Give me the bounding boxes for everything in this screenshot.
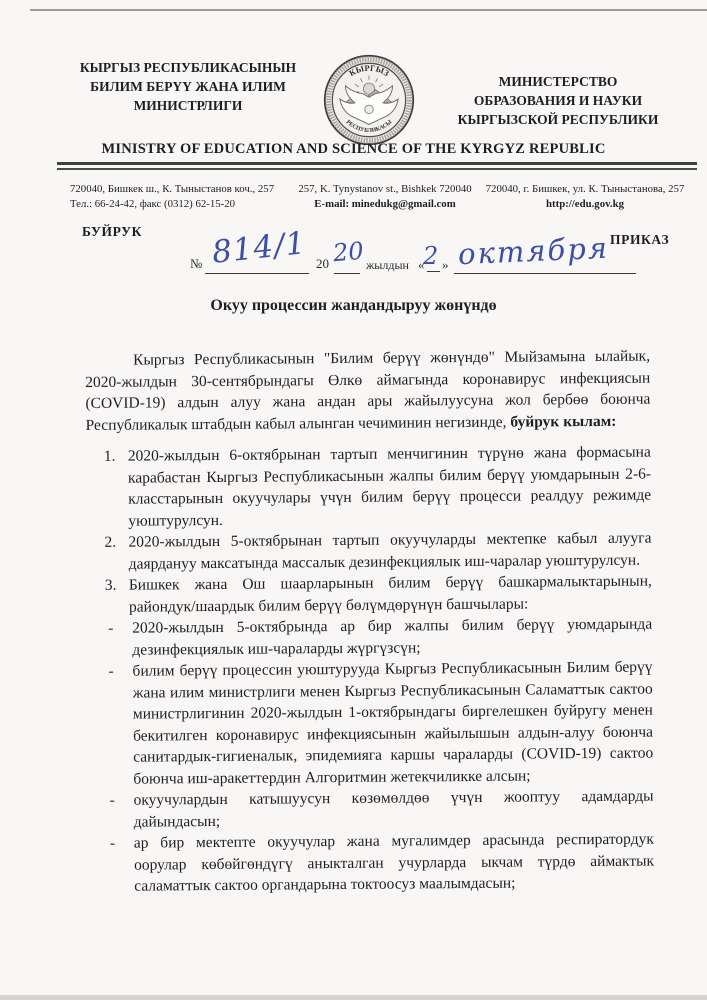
subitem-text: 2020-жылдын 5-октябрында ар бир жалпы би… (132, 614, 652, 661)
org-name-russian-line3: КЫРГЫЗСКОЙ РЕСПУБЛИКИ (422, 110, 694, 129)
item-number: 1. (104, 446, 129, 532)
org-name-kyrgyz-line3: МИНИСТРЛИГИ (60, 96, 316, 115)
contact-email: E-mail: minedukg@gmail.com (292, 197, 478, 212)
contact-address-russian: 720040, г. Бишкек, ул. К. Тыныстанова, 2… (478, 182, 692, 212)
handwritten-month: октября (457, 231, 609, 272)
contact-address-ky-line1: 720040, Бишкек ш., К. Тыныстанов коч., 2… (70, 182, 320, 197)
subitem-text: билим берүү процессин уюштурууда Кыргыз … (132, 657, 653, 790)
org-name-kyrgyz-line1: КЫРГЫЗ РЕСПУБЛИКАСЫНЫН (60, 58, 316, 77)
order-item-3: 3. Бишкек жана Ош шаарларынын билим берү… (105, 571, 652, 618)
scan-edge-bottom (0, 995, 707, 1000)
subitem-text: ар бир мектепте окуучулар жана мугалимде… (134, 829, 654, 898)
handwritten-year: 20 (332, 237, 365, 268)
order-item-2: 2. 2020-жылдын 5-октябрынан тартып окууч… (104, 528, 651, 575)
order-subitem-4: - ар бир мектепте окуучулар жана мугалим… (107, 829, 654, 898)
scan-edge-top (30, 9, 707, 11)
state-emblem-icon: КЫРГЫЗ РЕСПУБЛИКАСЫ (322, 53, 416, 147)
order-item-1: 1. 2020-жылдын 6-октябрынан тартып менчи… (104, 442, 652, 532)
handwritten-order-number: 814/1 (210, 225, 308, 271)
item-text: Бишкек жана Ош шаарларынын билим берүү б… (129, 571, 652, 618)
item-text: 2020-жылдын 5-октябрынан тартып окуучула… (128, 528, 651, 575)
handwritten-day: 2 (423, 242, 438, 270)
org-name-kyrgyz: КЫРГЫЗ РЕСПУБЛИКАСЫНЫН БИЛИМ БЕРҮҮ ЖАНА … (60, 58, 316, 115)
dash-marker: - (106, 790, 133, 833)
item-number: 2. (104, 532, 128, 575)
item-number: 3. (105, 575, 129, 618)
contact-address-kyrgyz: 720040, Бишкек ш., К. Тыныстанов коч., 2… (70, 182, 320, 212)
order-subitem-3: - окуучулардын катышуусун көзөмөлдөө үчү… (106, 786, 653, 833)
ordered-list: 1. 2020-жылдын 6-октябрынан тартып менчи… (86, 442, 655, 898)
org-name-english: MINISTRY OF EDUCATION AND SCIENCE OF THE… (0, 141, 707, 158)
contact-phone: Тел.: 66-24-42, факс (0312) 62-15-20 (70, 197, 320, 212)
intro-bold-text: буйрук кылам: (510, 412, 616, 430)
month-blank (454, 272, 636, 274)
contact-address-ru-line1: 720040, г. Бишкек, ул. К. Тыныстанова, 2… (478, 182, 692, 197)
order-label-kyrgyz: БУЙРУК (82, 224, 142, 240)
order-number-line: № 20 жылдын « » 814/1 20 2 октября (190, 236, 650, 288)
header-divider (57, 162, 697, 170)
year-prefix: 20 (316, 256, 329, 272)
document-title: Окуу процессин жандандыруу жөнүндө (0, 297, 707, 315)
item-text: 2020-жылдын 6-октябрынан тартып менчигин… (128, 442, 652, 532)
number-sign: № (190, 256, 202, 272)
day-blank (427, 270, 440, 272)
org-name-russian-line1: МИНИСТЕРСТВО (422, 72, 694, 91)
intro-paragraph: Кыргыз Республикасынын "Билим берүү жөнү… (85, 346, 651, 436)
quote-close: » (442, 257, 449, 273)
org-name-russian: МИНИСТЕРСТВО ОБРАЗОВАНИЯ И НАУКИ КЫРГЫЗС… (422, 72, 694, 129)
year-blank (334, 272, 360, 274)
order-subitem-2: - билим берүү процессин уюштурууда Кыргы… (105, 657, 653, 790)
number-blank (205, 272, 309, 274)
order-subitem-1: - 2020-жылдын 5-октябрында ар бир жалпы … (105, 614, 652, 661)
dash-marker: - (105, 661, 133, 790)
contact-address-english: 257, K. Tynystanov st., Bishkek 720040 E… (292, 182, 478, 212)
dash-marker: - (105, 618, 132, 661)
subitem-text: окуучулардын катышуусун көзөмөлдөө үчүн … (133, 786, 653, 833)
dash-marker: - (107, 833, 135, 898)
year-suffix-label: жылдын (366, 258, 409, 273)
org-name-kyrgyz-line2: БИЛИМ БЕРҮҮ ЖАНА ИЛИМ (60, 77, 316, 96)
scanned-order-document: КЫРГЫЗ РЕСПУБЛИКАСЫНЫН БИЛИМ БЕРҮҮ ЖАНА … (0, 0, 707, 1000)
contact-website: http://edu.gov.kg (478, 197, 692, 212)
org-name-russian-line2: ОБРАЗОВАНИЯ И НАУКИ (422, 91, 694, 110)
contact-address-en-line1: 257, K. Tynystanov st., Bishkek 720040 (292, 182, 478, 197)
document-body: Кыргыз Республикасынын "Билим берүү жөнү… (85, 346, 654, 898)
